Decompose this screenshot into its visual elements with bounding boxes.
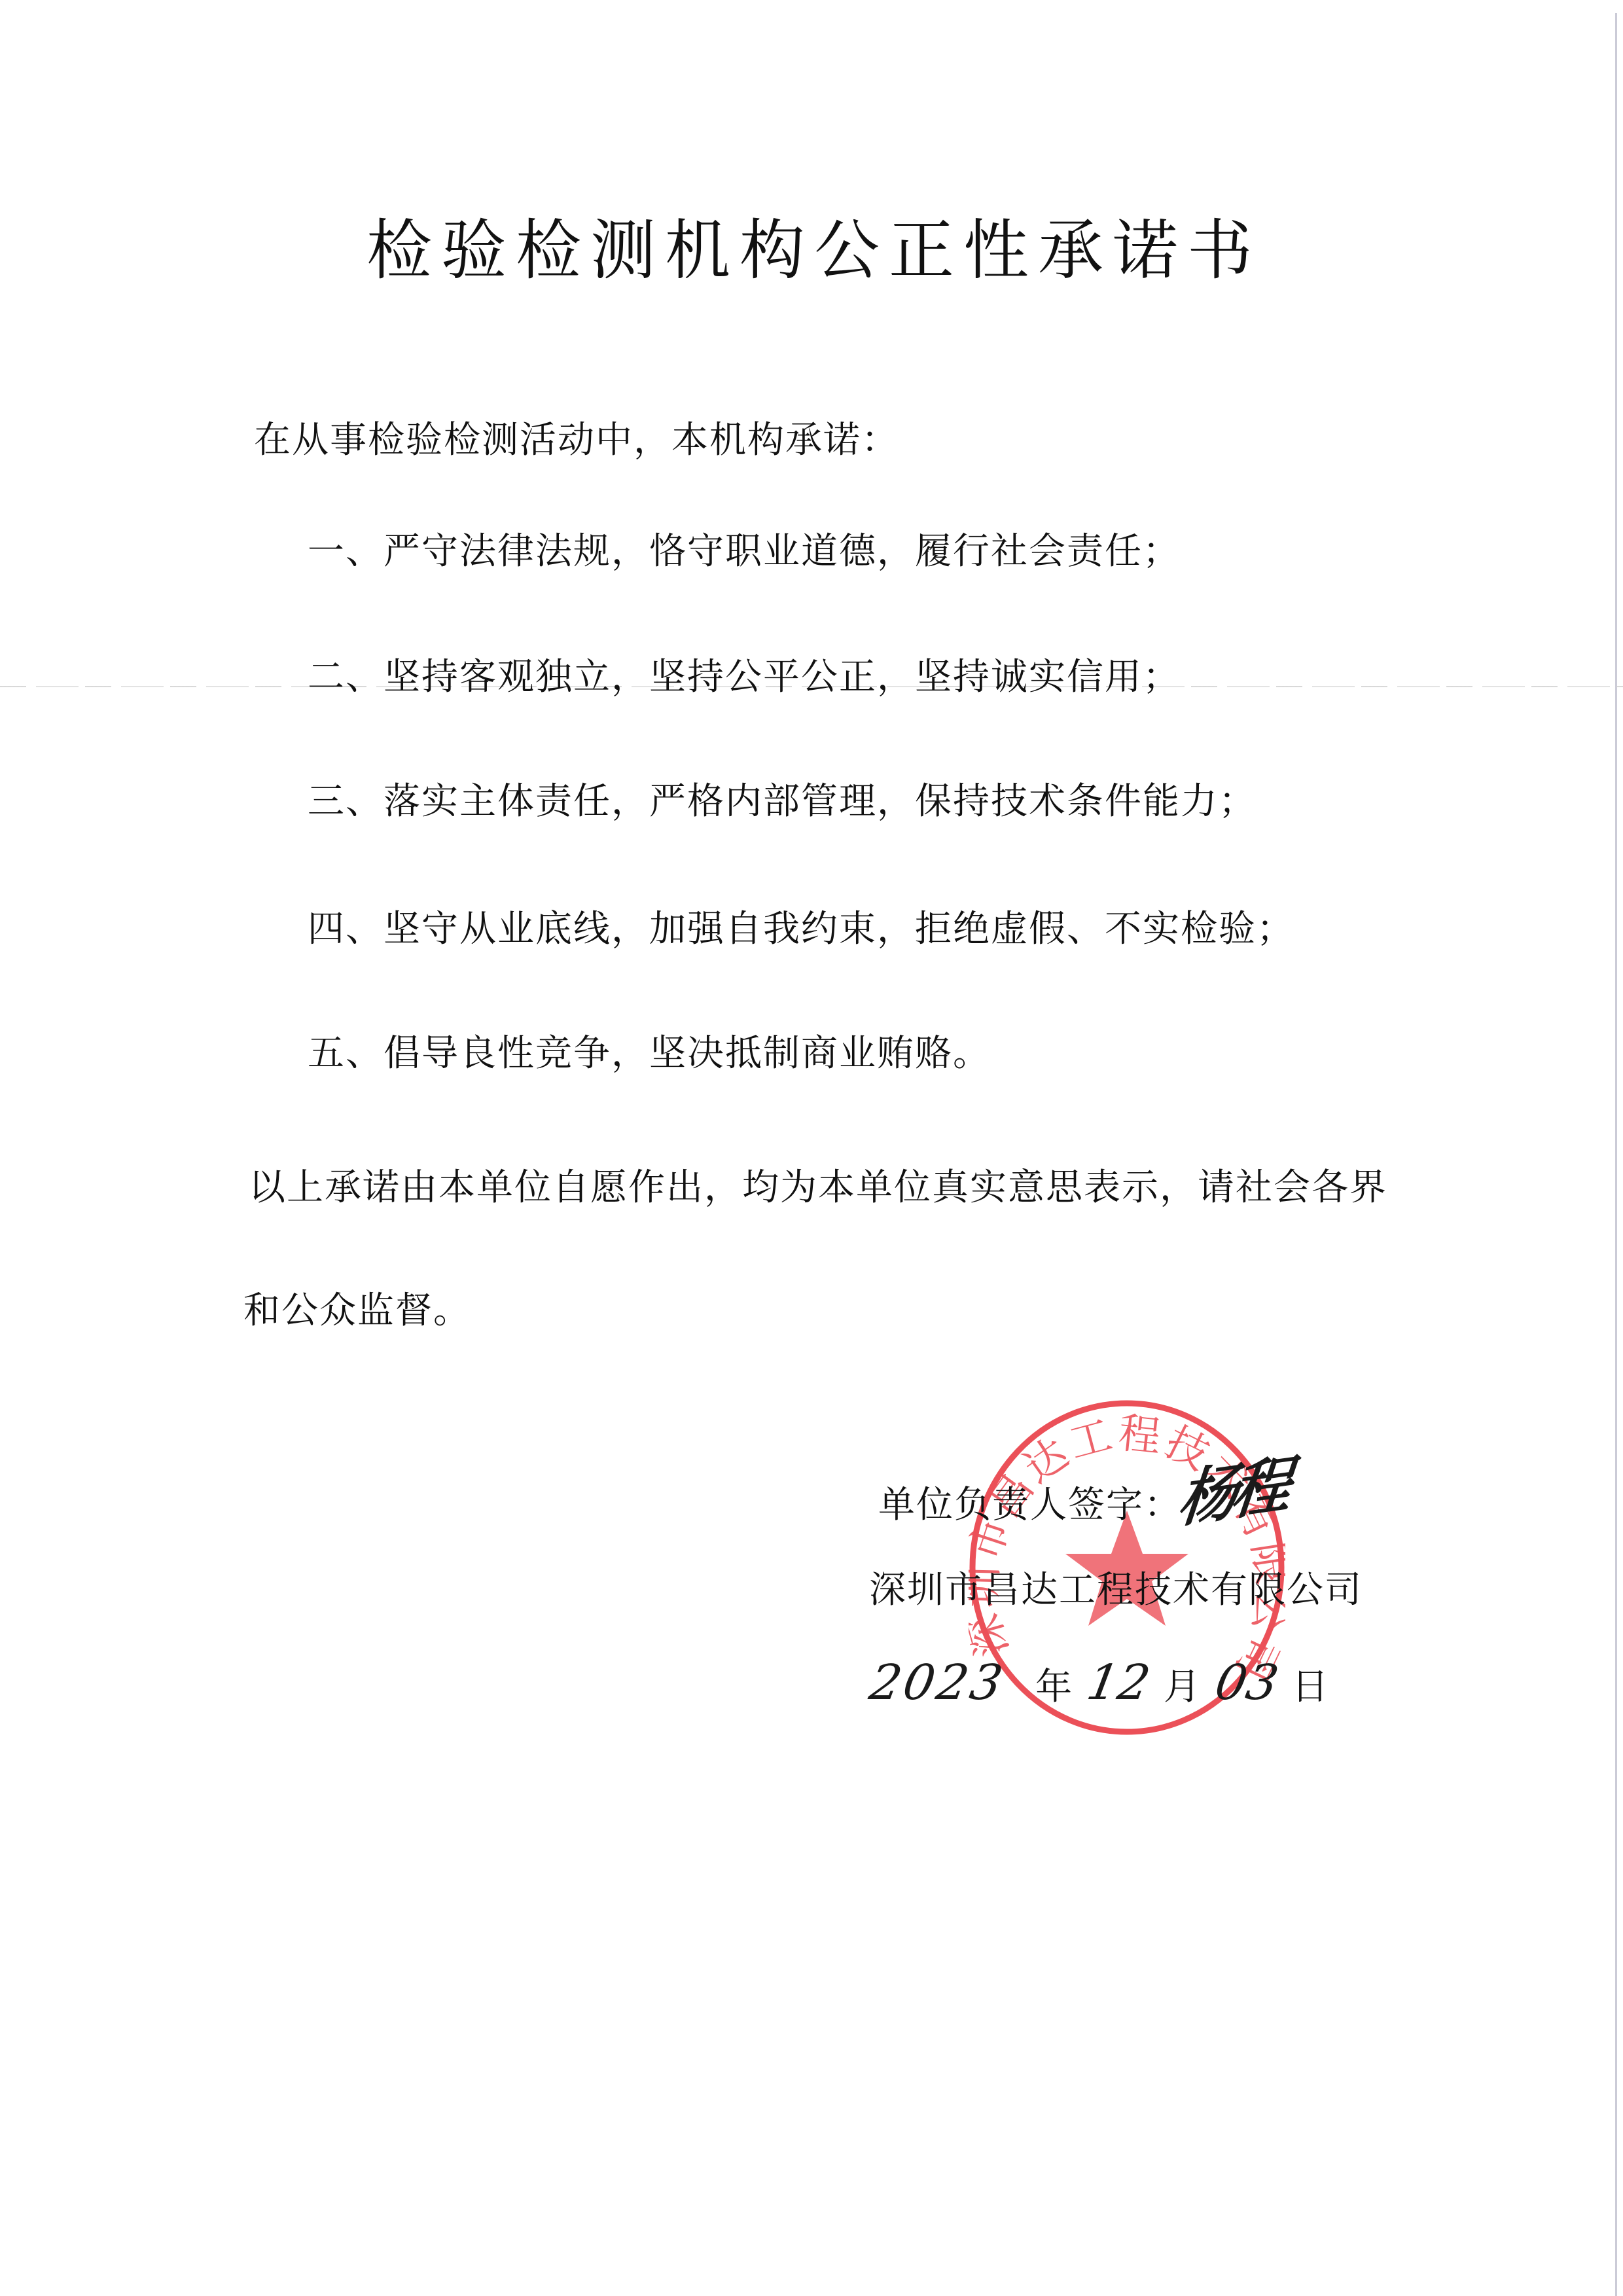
document-page: 检验检测机构公正性承诺书 在从事检验检测活动中，本机构承诺： 一、严守法律法规，…: [0, 0, 1623, 2296]
date-month-unit: 月: [1164, 1658, 1200, 1710]
company-name: 深圳市昌达工程技术有限公司: [869, 1568, 1363, 1613]
date-day: 03: [1211, 1655, 1282, 1711]
handwritten-signature: 杨程: [1175, 1448, 1289, 1537]
commitment-item-5: 五、倡导良性竞争，坚决抵制商业贿赂。: [308, 1031, 991, 1077]
closing-paragraph-line-1: 以上承诺由本单位自愿作出，均为本单位真实意思表示，请社会各界: [249, 1165, 1387, 1211]
date-year-unit: 年: [1035, 1658, 1072, 1710]
date-day-unit: 日: [1292, 1658, 1329, 1710]
date-month: 12: [1082, 1655, 1154, 1711]
signing-date: 2023 年 12 月 03 日: [870, 1655, 1329, 1713]
commitment-item-2: 二、坚持客观独立，坚持公平公正，坚持诚实信用；: [308, 655, 1181, 700]
closing-paragraph-line-2: 和公众监督。: [243, 1288, 471, 1334]
commitment-item-1: 一、严守法律法规，恪守职业道德，履行社会责任；: [308, 529, 1181, 575]
scan-edge-line: [1615, 13, 1617, 2296]
commitment-item-4: 四、坚守从业底线，加强自我约束，拒绝虚假、不实检验；: [308, 906, 1294, 952]
commitment-item-3: 三、落实主体责任，严格内部管理，保持技术条件能力；: [308, 779, 1257, 825]
date-year: 2023: [865, 1655, 1008, 1711]
signature-label: 单位负责人签字：: [878, 1482, 1182, 1528]
intro-paragraph: 在从事检验检测活动中，本机构承诺：: [254, 418, 899, 463]
svg-text:深圳市昌达工程技术有限公司: 深圳市昌达工程技术有限公司: [969, 1409, 1285, 1690]
page-title: 检验检测机构公正性承诺书: [366, 208, 1283, 293]
